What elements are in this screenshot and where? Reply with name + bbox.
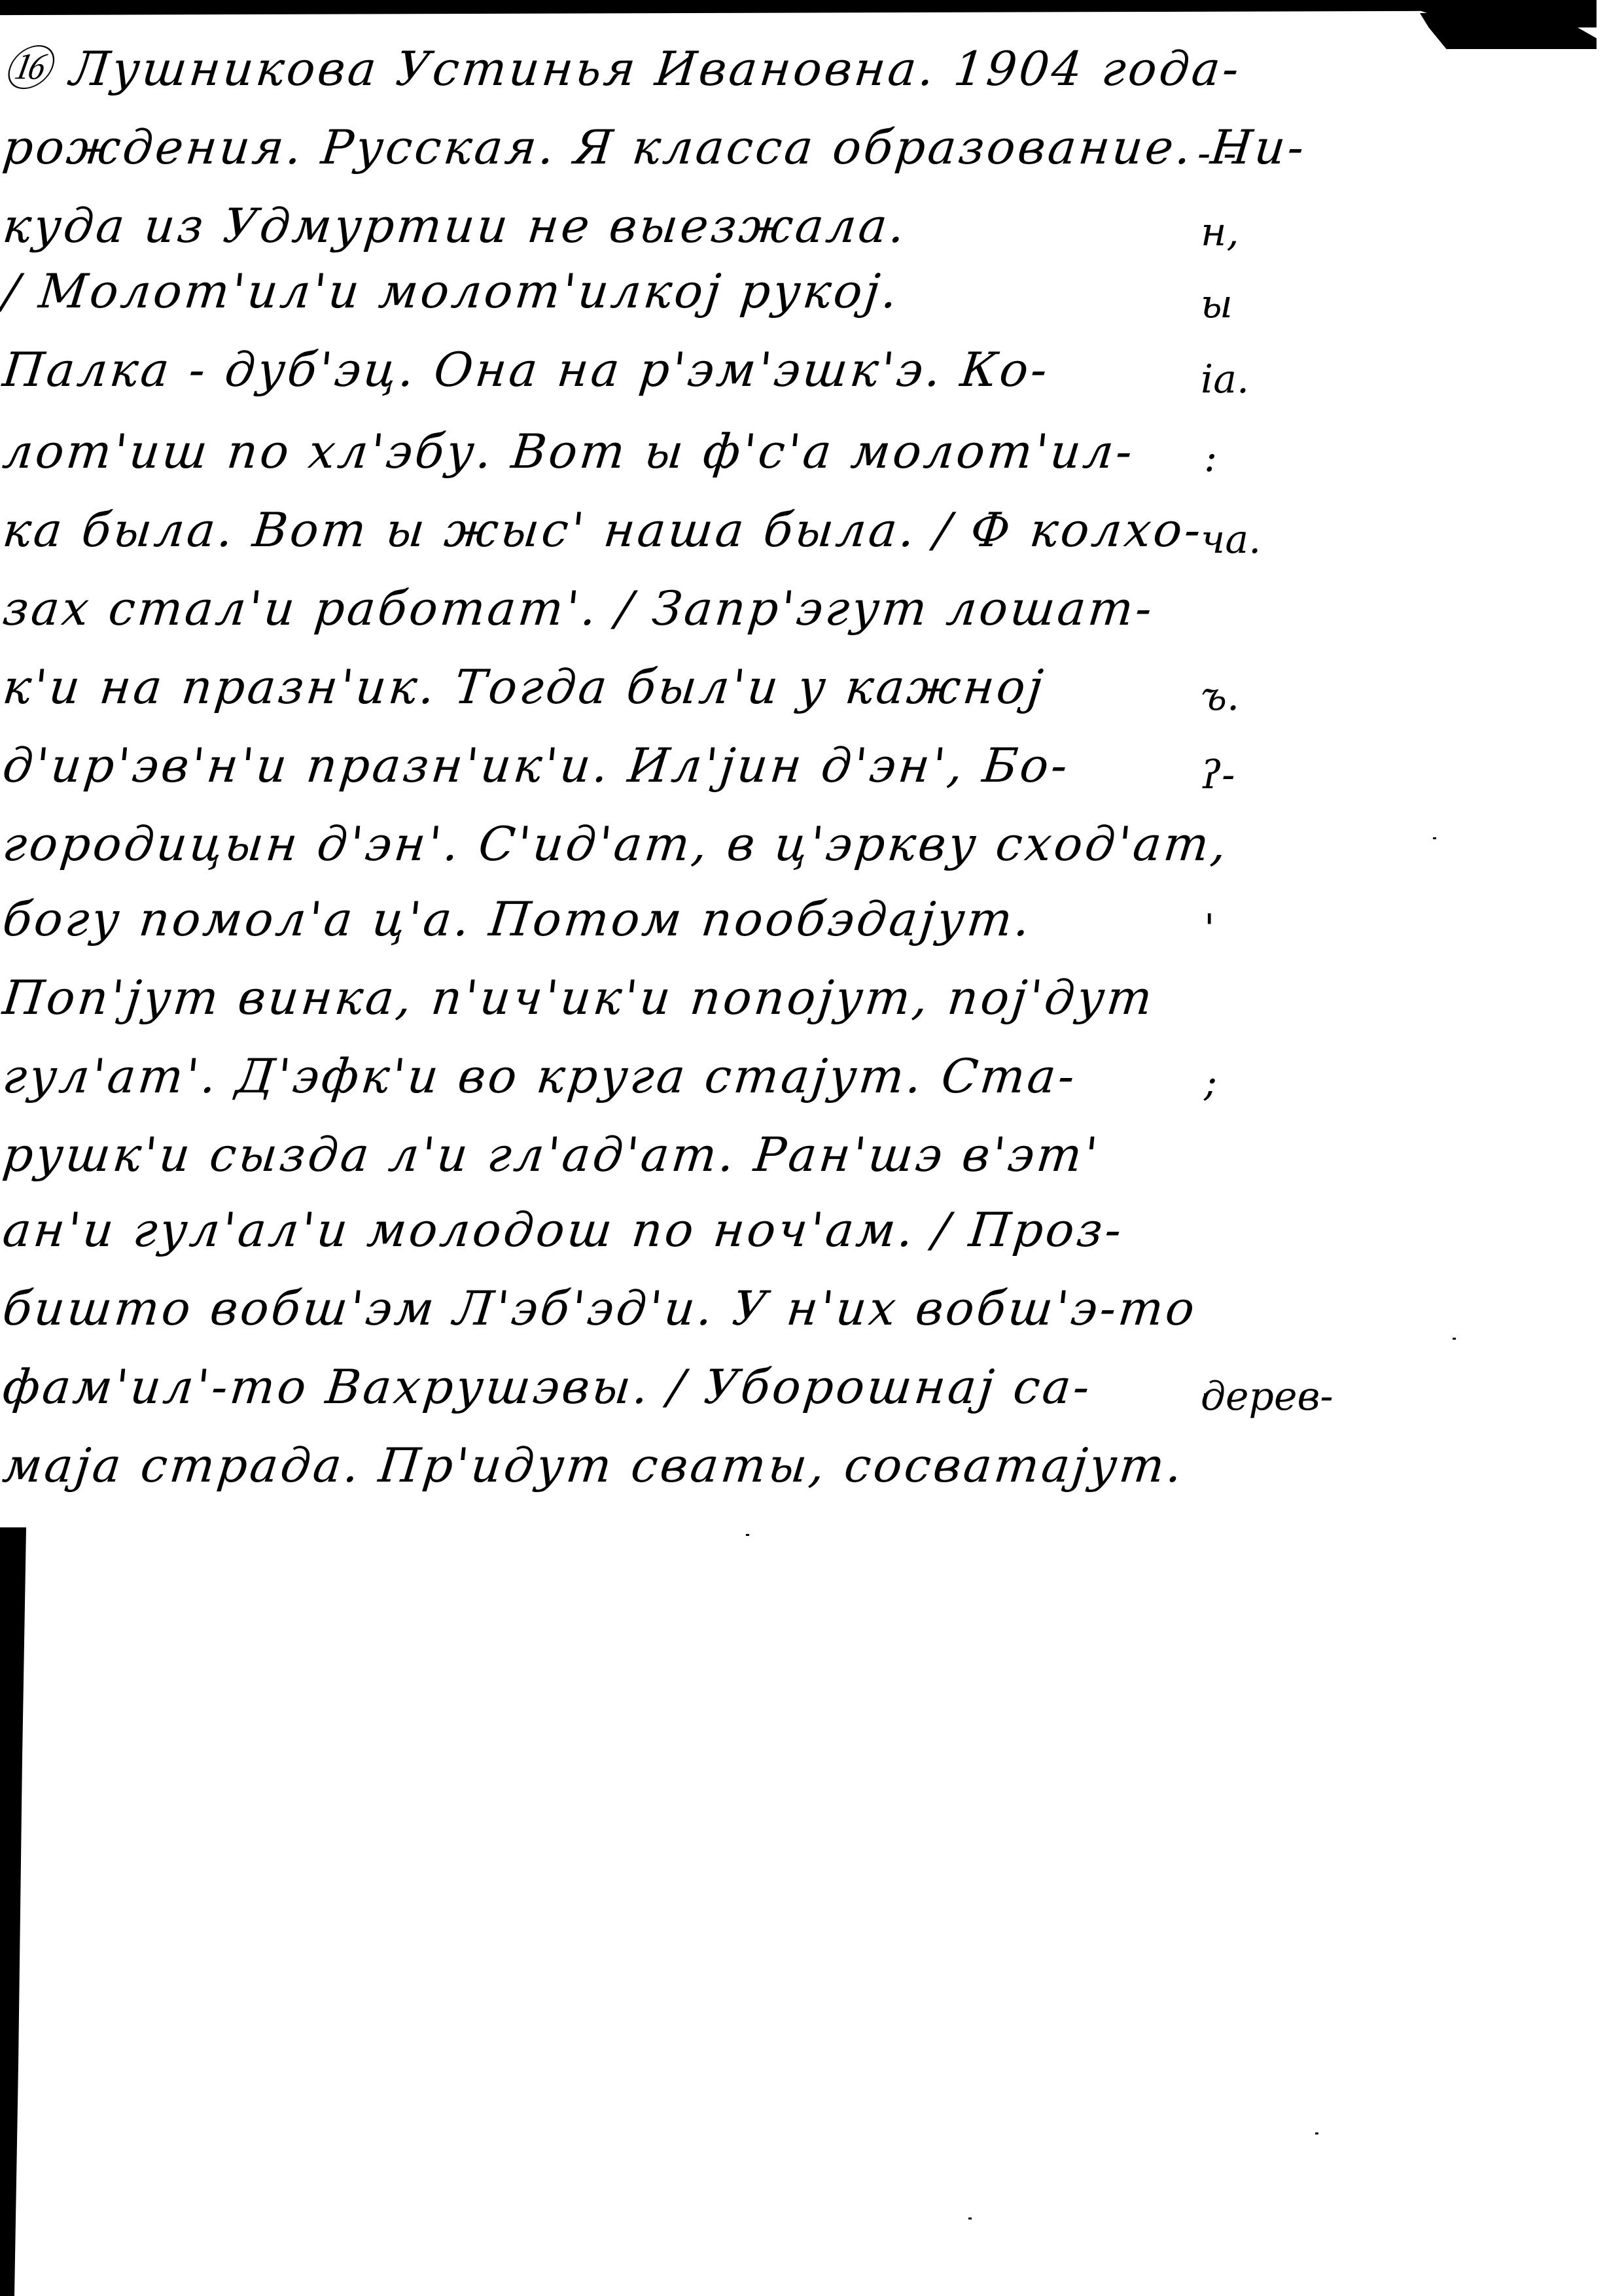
text-line-19: маја страда. Пр'идут сваты, сосватајут. — [0, 1436, 1188, 1495]
text-line-13: Поп'јут винка, п'ич'ик'и попојут, пој'ду… — [0, 968, 1157, 1027]
text-line-12: богу помол'а ц'а. Потом пообэдајут. — [0, 890, 1035, 948]
text-line-16: ан'и гул'ал'и молодош по ноч'ам. / Проз- — [0, 1200, 1127, 1259]
text-line-10: д'ир'эв'н'и празн'ик'и. Ил'јин д'эн', Бо… — [0, 736, 1073, 795]
text-line-14: гул'ат'. Д'эфк'и во круга стајут. Ста- — [0, 1047, 1080, 1105]
text-line-7: ка была. Вот ы жыс' наша была. / Ф колхо… — [0, 500, 1207, 559]
scan-speckle — [1315, 2132, 1318, 2134]
text-line-6: лот'иш по хл'эбу. Вот ы ф'с'а молот'ил- — [0, 422, 1138, 481]
text-line-15: рушк'и сызда л'и гл'ад'ат. Ран'шэ в'эт' — [0, 1125, 1103, 1184]
margin-note-5: ia. — [1201, 357, 1249, 402]
text-line-1: ⑯ Лушникова Устинья Ивановна. 1904 года- — [0, 39, 1245, 98]
margin-note-12: дерев- — [1201, 1374, 1333, 1419]
margin-note-6: : — [1204, 435, 1217, 481]
scan-speckle — [1204, 1393, 1207, 1395]
text-line-11: городицын д'эн'. С'ид'ат, в ц'эркву сход… — [0, 814, 1232, 873]
text-line-18: фам'ил'-то Вахрушэвы. / Уборошнај са- — [0, 1357, 1095, 1416]
scan-left-edge — [0, 1527, 26, 2296]
margin-note-2: - - — [1197, 131, 1237, 177]
text-line-5: Палка - дуб'эц. Она на р'эм'эшк'э. Ко- — [0, 340, 1053, 399]
scan-speckle — [1453, 1338, 1456, 1340]
margin-note-9: ʔ- — [1201, 752, 1235, 798]
margin-note-8: ъ. — [1201, 674, 1239, 720]
text-line-3: куда из Удмуртии не выезжала. — [0, 196, 910, 255]
margin-note-4: ы — [1201, 281, 1233, 327]
text-line-9: к'и на празн'ик. Тогда был'и у кажној — [0, 657, 1048, 716]
margin-note-10: ' — [1204, 906, 1215, 952]
text-line-2: рождения. Русская. Я класса образование.… — [0, 118, 1309, 177]
scan-speckle — [1433, 837, 1436, 839]
text-line-17: бишто вобш'эм Л'эб'эд'и. У н'их вобш'э-т… — [0, 1279, 1200, 1338]
scan-speckle — [746, 1534, 749, 1536]
text-line-8: зах стал'и работат'. / Запр'эгут лошат- — [0, 579, 1157, 638]
text-line-4: / Молот'ил'и молот'илкој рукој. — [0, 262, 903, 321]
margin-note-7: ча. — [1201, 517, 1261, 563]
scan-top-edge — [0, 0, 1597, 27]
margin-note-11: ; — [1204, 1060, 1217, 1105]
scan-speckle — [968, 2218, 972, 2219]
scanned-page: ⑯ Лушникова Устинья Ивановна. 1904 года-… — [0, 0, 1607, 2296]
margin-note-3: н, — [1201, 209, 1239, 255]
